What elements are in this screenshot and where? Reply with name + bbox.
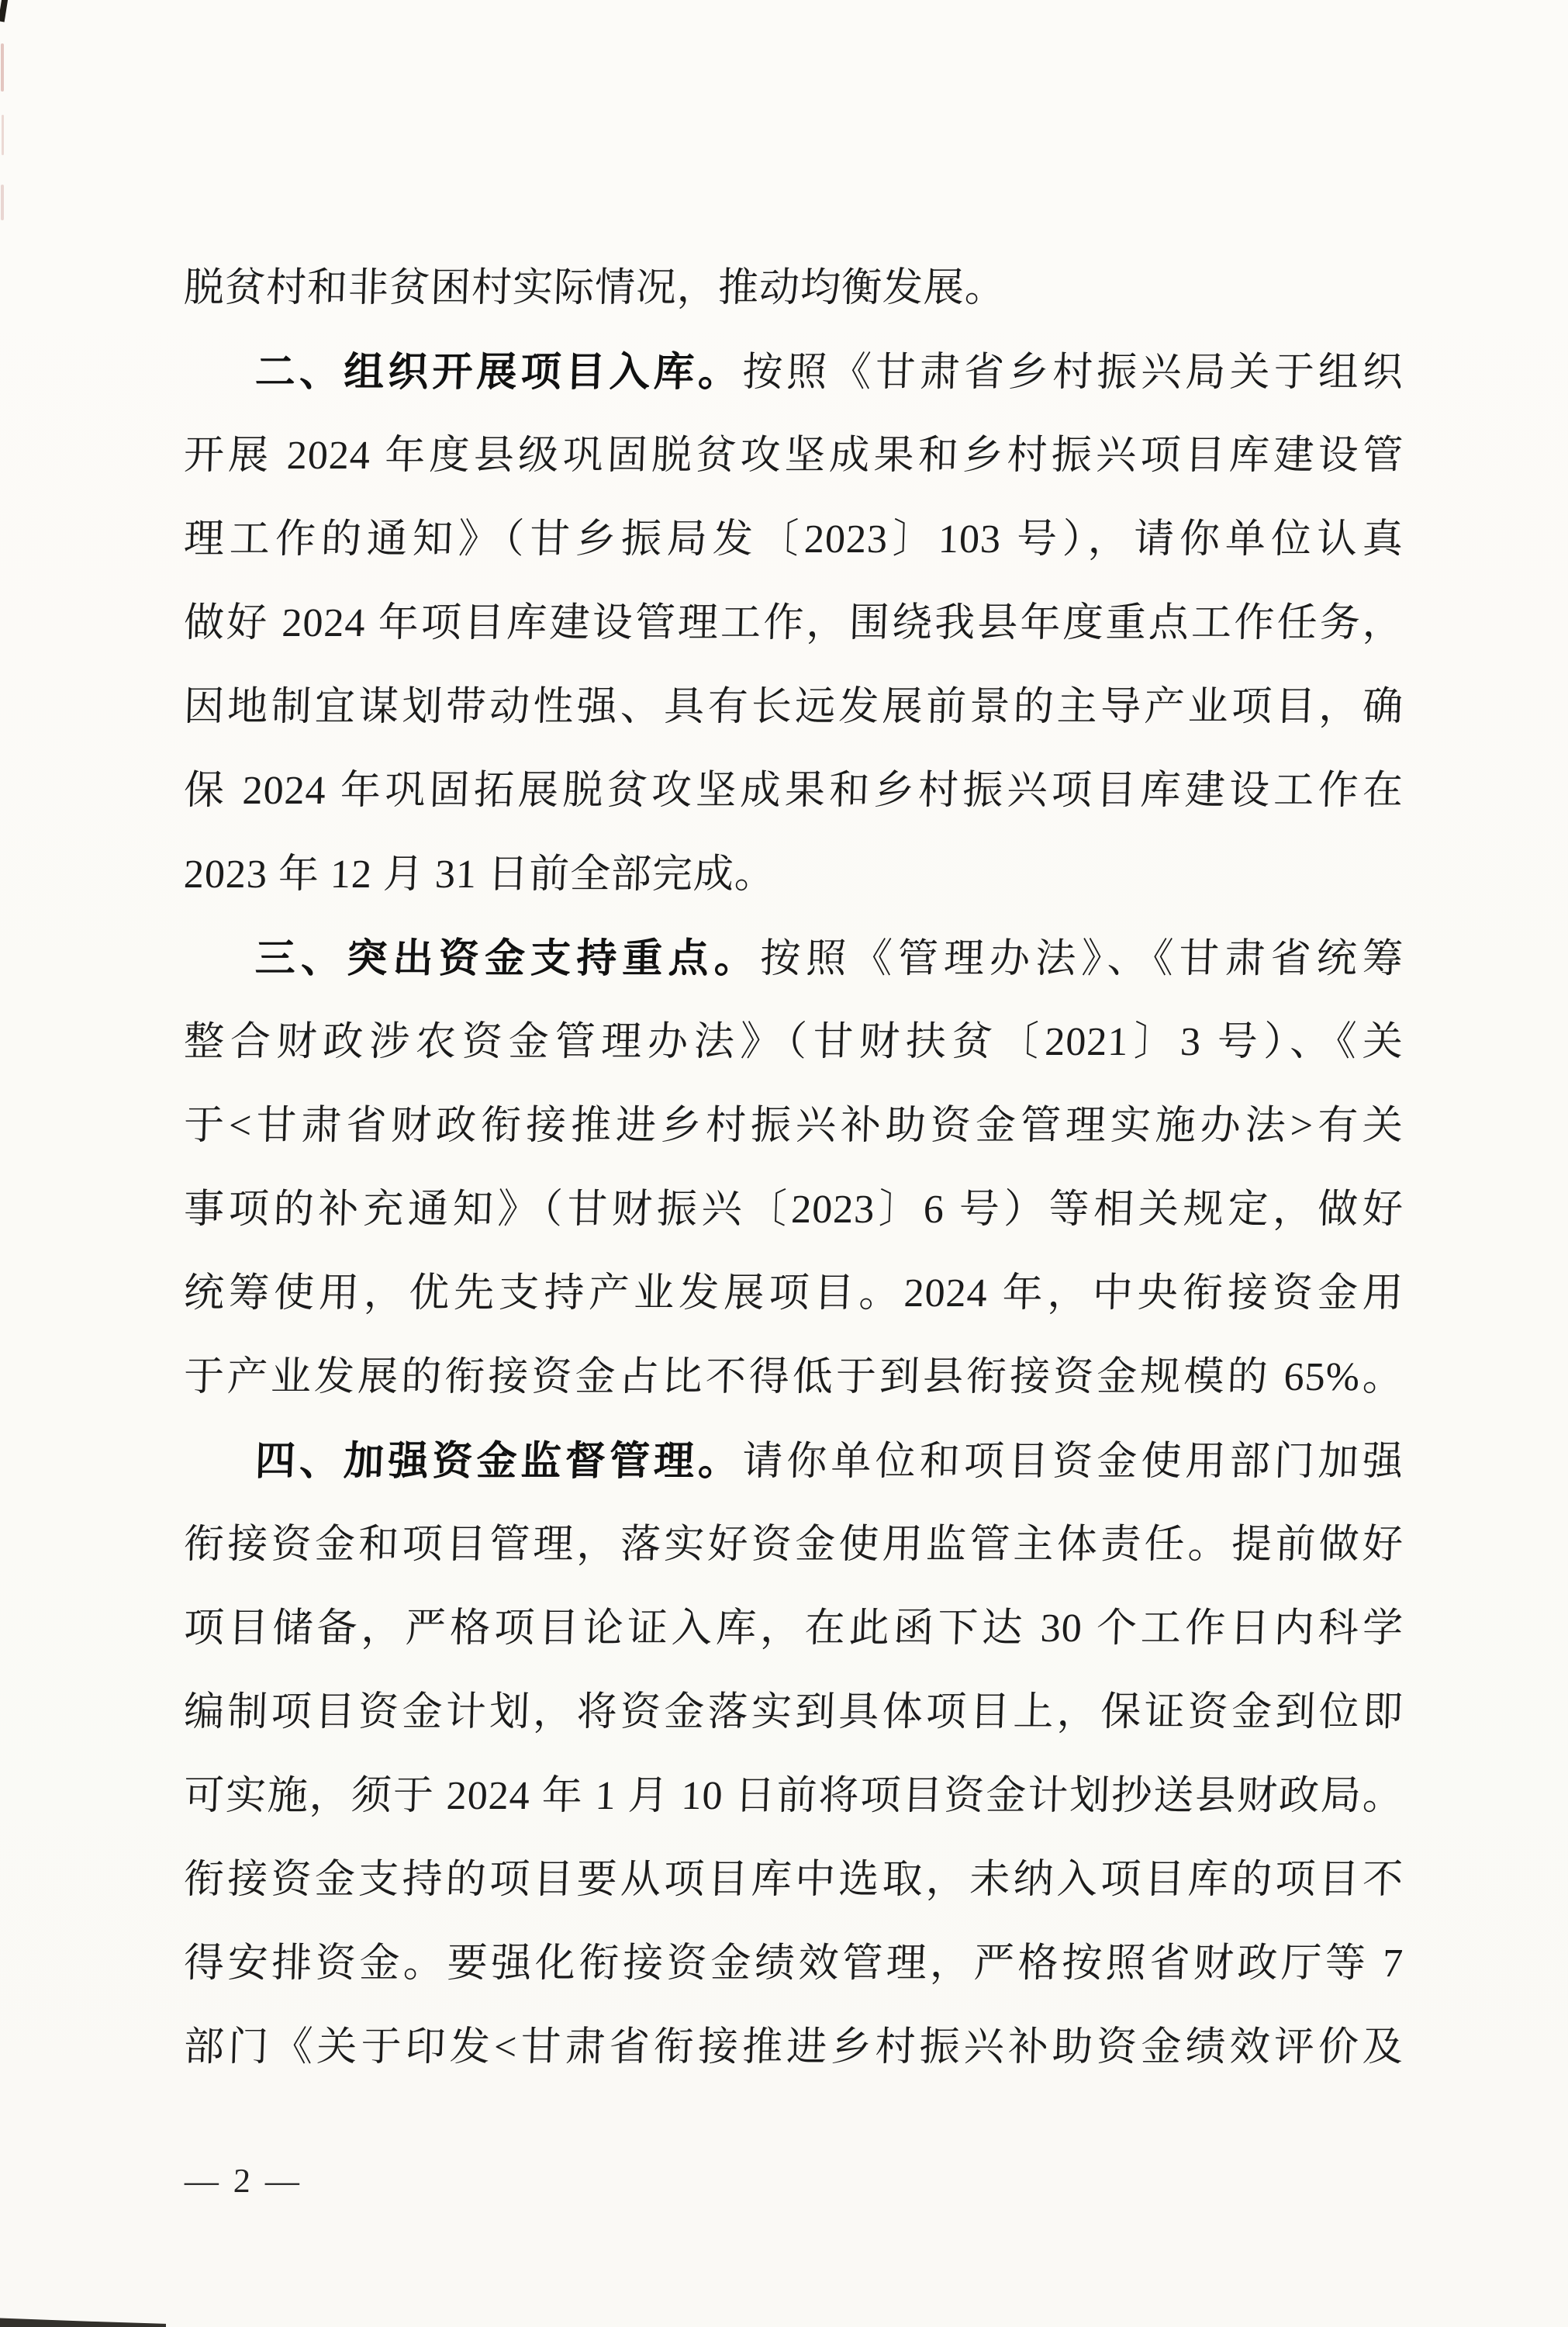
document-line: 编制项目资金计划，将资金落实到具体项目上，保证资金到位即 xyxy=(182,1671,1404,1755)
scan-red-speck xyxy=(1,43,4,92)
document-page: 脱贫村和非贫困村实际情况，推动均衡发展。二、组织开展项目入库。按照《甘肃省乡村振… xyxy=(0,0,1568,2327)
document-line: 部门《关于印发<甘肃省衔接推进乡村振兴补助资金绩效评价及 xyxy=(182,2006,1404,2090)
document-line: 2023 年 12 月 31 日前全部完成。 xyxy=(182,833,1404,917)
document-line: 事项的补充通知》（甘财振兴〔2023〕6 号）等相关规定，做好 xyxy=(182,1168,1404,1252)
document-line: 做好 2024 年项目库建设管理工作，围绕我县年度重点工作任务， xyxy=(182,582,1404,666)
document-body: 脱贫村和非贫困村实际情况，推动均衡发展。二、组织开展项目入库。按照《甘肃省乡村振… xyxy=(184,247,1404,2090)
section-heading: 四、加强资金监督管理。 xyxy=(254,1439,743,1484)
document-line: 于产业发展的衔接资金占比不得低于到县衔接资金规模的 65%。 xyxy=(182,1336,1404,1419)
document-line: 保 2024 年巩固拓展脱贫攻坚成果和乡村振兴项目库建设工作在 xyxy=(182,749,1404,833)
document-line: 统筹使用，优先支持产业发展项目。2024 年，中央衔接资金用 xyxy=(182,1252,1404,1336)
document-line: 得安排资金。要强化衔接资金绩效管理，严格按照省财政厅等 7 xyxy=(182,1922,1404,2006)
document-line: 整合财政涉农资金管理办法》（甘财扶贫〔2021〕3 号）、《关 xyxy=(182,1001,1404,1084)
document-line: 开展 2024 年度县级巩固脱贫攻坚成果和乡村振兴项目库建设管 xyxy=(182,414,1404,498)
document-line: 于<甘肃省财政衔接推进乡村振兴补助资金管理实施办法>有关 xyxy=(182,1084,1404,1168)
document-line: 因地制宜谋划带动性强、具有长远发展前景的主导产业项目，确 xyxy=(182,666,1404,749)
document-line: 衔接资金支持的项目要从项目库中选取，未纳入项目库的项目不 xyxy=(182,1838,1404,1922)
document-line: 三、突出资金支持重点。按照《管理办法》、《甘肃省统筹 xyxy=(182,917,1404,1001)
document-line: 可实施，须于 2024 年 1 月 10 日前将项目资金计划抄送县财政局。 xyxy=(182,1755,1404,1838)
document-line: 二、组织开展项目入库。按照《甘肃省乡村振兴局关于组织 xyxy=(182,330,1404,414)
document-line: 项目储备，严格项目论证入库，在此函下达 30 个工作日内科学 xyxy=(182,1587,1404,1671)
document-line: 脱贫村和非贫困村实际情况，推动均衡发展。 xyxy=(182,247,1404,330)
scan-red-speck xyxy=(1,185,4,220)
scan-red-speck xyxy=(2,115,4,155)
document-line: 四、加强资金监督管理。请你单位和项目资金使用部门加强 xyxy=(182,1419,1404,1503)
scan-corner-mark xyxy=(0,0,8,22)
section-heading: 二、组织开展项目入库。 xyxy=(254,350,743,395)
section-heading: 三、突出资金支持重点。 xyxy=(254,936,761,981)
scan-bottom-edge-shadow xyxy=(0,2317,166,2327)
page-number: — 2 — xyxy=(184,2158,303,2204)
document-line: 衔接资金和项目管理，落实好资金使用监管主体责任。提前做好 xyxy=(182,1503,1404,1587)
document-line: 理工作的通知》（甘乡振局发〔2023〕103 号），请你单位认真 xyxy=(182,498,1404,582)
